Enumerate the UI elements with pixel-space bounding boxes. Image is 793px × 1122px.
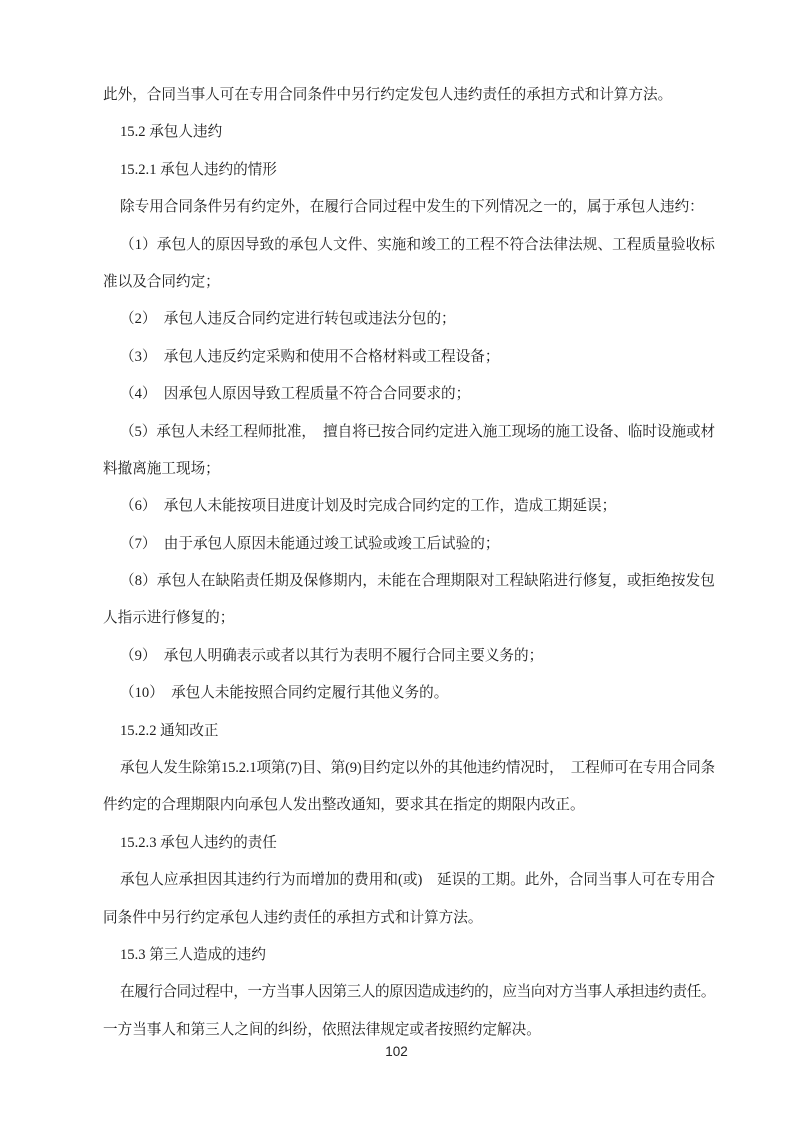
text-line: 承包人应承担因其违约行为而增加的费用和(或) 延误的工期。此外，合同当事人可在专… <box>103 862 715 899</box>
text-line-content: 人指示进行修复的； <box>103 610 234 626</box>
text-line: （5）承包人未经工程师批准， 擅自将已按合同约定进入施工现场的施工设备、临时设施… <box>103 414 715 451</box>
text-line: （2） 承包人违反合同约定进行转包或违法分包的； <box>103 301 715 338</box>
list-item-1: （1）承包人的原因导致的承包人文件、实施和竣工的工程不符合法律法规、工程质量验收… <box>103 227 715 302</box>
text-line: （8）承包人在缺陷责任期及保修期内，未能在合理期限对工程缺陷进行修复，或拒绝按发… <box>103 563 715 600</box>
text-line-content: 件约定的合理期限内向承包人发出整改通知，要求其在指定的期限内改正。 <box>103 797 585 813</box>
text-line-content: （10） 承包人未能按照合同约定履行其他义务的。 <box>120 685 448 701</box>
text-line-content: （8）承包人在缺陷责任期及保修期内，未能在合理期限对工程缺陷进行修复，或拒绝按发… <box>120 573 715 589</box>
heading-text: 15.3 第三人造成的违约 <box>120 947 266 963</box>
heading-15-2-2: 15.2.2 通知改正 <box>103 713 715 750</box>
document-page: 此外，合同当事人可在专用合同条件中另行约定发包人违约责任的承担方式和计算方法。 … <box>0 0 793 1122</box>
paragraph-notice-correction: 承包人发生除第15.2.1项第(7)目、第(9)目约定以外的其他违约情况时， 工… <box>103 750 715 825</box>
paragraph-intro: 除专用合同条件另有约定外，在履行合同过程中发生的下列情况之一的，属于承包人违约： <box>103 189 715 226</box>
list-item-8: （8）承包人在缺陷责任期及保修期内，未能在合理期限对工程缺陷进行修复，或拒绝按发… <box>103 563 715 638</box>
text-line-content: 除专用合同条件另有约定外，在履行合同过程中发生的下列情况之一的，属于承包人违约： <box>120 199 704 215</box>
text-line-content: 料撤离施工现场； <box>103 461 220 477</box>
text-line-content: 在履行合同过程中，一方当事人因第三人的原因造成违约的，应当向对方当事人承担违约责… <box>120 984 715 1000</box>
text-line: 同条件中另行约定承包人违约责任的承担方式和计算方法。 <box>103 900 715 937</box>
text-line: 件约定的合理期限内向承包人发出整改通知，要求其在指定的期限内改正。 <box>103 787 715 824</box>
text-line-content: （7） 由于承包人原因未能通过竣工试验或竣工后试验的； <box>120 536 499 552</box>
paragraph-liability: 承包人应承担因其违约行为而增加的费用和(或) 延误的工期。此外，合同当事人可在专… <box>103 862 715 937</box>
text-line-content: 准以及合同约定； <box>103 274 220 290</box>
text-line: 此外，合同当事人可在专用合同条件中另行约定发包人违约责任的承担方式和计算方法。 <box>103 77 715 114</box>
text-line-content: （2） 承包人违反合同约定进行转包或违法分包的； <box>120 311 456 327</box>
text-line: 15.2.1 承包人违约的情形 <box>103 152 715 189</box>
text-line-content: （1）承包人的原因导致的承包人文件、实施和竣工的工程不符合法律法规、工程质量验收… <box>120 237 715 253</box>
text-line: 人指示进行修复的； <box>103 600 715 637</box>
heading-text: 15.2 承包人违约 <box>120 124 222 140</box>
text-line: 承包人发生除第15.2.1项第(7)目、第(9)目约定以外的其他违约情况时， 工… <box>103 750 715 787</box>
heading-text: 15.2.2 通知改正 <box>120 723 219 739</box>
page-number: 102 <box>0 1043 793 1061</box>
heading-15-3: 15.3 第三人造成的违约 <box>103 937 715 974</box>
text-line: 15.2.3 承包人违约的责任 <box>103 825 715 862</box>
heading-text: 15.2.3 承包人违约的责任 <box>120 835 277 851</box>
list-item-3: （3） 承包人违反约定采购和使用不合格材料或工程设备； <box>103 339 715 376</box>
paragraph-third-party: 在履行合同过程中，一方当事人因第三人的原因造成违约的，应当向对方当事人承担违约责… <box>103 974 715 1049</box>
heading-15-2-1: 15.2.1 承包人违约的情形 <box>103 152 715 189</box>
list-item-4: （4） 因承包人原因导致工程质量不符合合同要求的； <box>103 376 715 413</box>
paragraph-continuation: 此外，合同当事人可在专用合同条件中另行约定发包人违约责任的承担方式和计算方法。 <box>103 77 715 114</box>
text-line: 15.2 承包人违约 <box>103 114 715 151</box>
text-line-content: （4） 因承包人原因导致工程质量不符合合同要求的； <box>120 386 470 402</box>
text-line-content: （3） 承包人违反约定采购和使用不合格材料或工程设备； <box>120 349 499 365</box>
text-line: （9） 承包人明确表示或者以其行为表明不履行合同主要义务的； <box>103 638 715 675</box>
text-line: 准以及合同约定； <box>103 264 715 301</box>
text-line: （3） 承包人违反约定采购和使用不合格材料或工程设备； <box>103 339 715 376</box>
text-line-content: （6） 承包人未能按项目进度计划及时完成合同约定的工作，造成工期延误； <box>120 498 616 514</box>
text-line: （4） 因承包人原因导致工程质量不符合合同要求的； <box>103 376 715 413</box>
text-line-content: 一方当事人和第三人之间的纠纷，依照法律规定或者按照约定解决。 <box>103 1022 541 1038</box>
text-line: （10） 承包人未能按照合同约定履行其他义务的。 <box>103 675 715 712</box>
text-line: 15.2.2 通知改正 <box>103 713 715 750</box>
text-line-content: （9） 承包人明确表示或者以其行为表明不履行合同主要义务的； <box>120 648 543 664</box>
text-line: 除专用合同条件另有约定外，在履行合同过程中发生的下列情况之一的，属于承包人违约： <box>103 189 715 226</box>
text-line-content: 承包人发生除第15.2.1项第(7)目、第(9)目约定以外的其他违约情况时， 工… <box>120 760 715 776</box>
text-line-content: 承包人应承担因其违约行为而增加的费用和(或) 延误的工期。此外，合同当事人可在专… <box>120 872 715 888</box>
heading-15-2-3: 15.2.3 承包人违约的责任 <box>103 825 715 862</box>
list-item-10: （10） 承包人未能按照合同约定履行其他义务的。 <box>103 675 715 712</box>
list-item-6: （6） 承包人未能按项目进度计划及时完成合同约定的工作，造成工期延误； <box>103 488 715 525</box>
text-line: 在履行合同过程中，一方当事人因第三人的原因造成违约的，应当向对方当事人承担违约责… <box>103 974 715 1011</box>
text-line: 料撤离施工现场； <box>103 451 715 488</box>
list-item-5: （5）承包人未经工程师批准， 擅自将已按合同约定进入施工现场的施工设备、临时设施… <box>103 414 715 489</box>
list-item-7: （7） 由于承包人原因未能通过竣工试验或竣工后试验的； <box>103 526 715 563</box>
text-line: 15.3 第三人造成的违约 <box>103 937 715 974</box>
text-line: （6） 承包人未能按项目进度计划及时完成合同约定的工作，造成工期延误； <box>103 488 715 525</box>
list-item-2: （2） 承包人违反合同约定进行转包或违法分包的； <box>103 301 715 338</box>
text-line-content: 同条件中另行约定承包人违约责任的承担方式和计算方法。 <box>103 910 482 926</box>
heading-text: 15.2.1 承包人违约的情形 <box>120 162 277 178</box>
text-line: （1）承包人的原因导致的承包人文件、实施和竣工的工程不符合法律法规、工程质量验收… <box>103 227 715 264</box>
heading-15-2: 15.2 承包人违约 <box>103 114 715 151</box>
text-line-content: （5）承包人未经工程师批准， 擅自将已按合同约定进入施工现场的施工设备、临时设施… <box>120 424 715 440</box>
text-line: （7） 由于承包人原因未能通过竣工试验或竣工后试验的； <box>103 526 715 563</box>
text-line-content: 此外，合同当事人可在专用合同条件中另行约定发包人违约责任的承担方式和计算方法。 <box>103 87 672 103</box>
list-item-9: （9） 承包人明确表示或者以其行为表明不履行合同主要义务的； <box>103 638 715 675</box>
text-column: 此外，合同当事人可在专用合同条件中另行约定发包人违约责任的承担方式和计算方法。 … <box>103 77 715 1049</box>
